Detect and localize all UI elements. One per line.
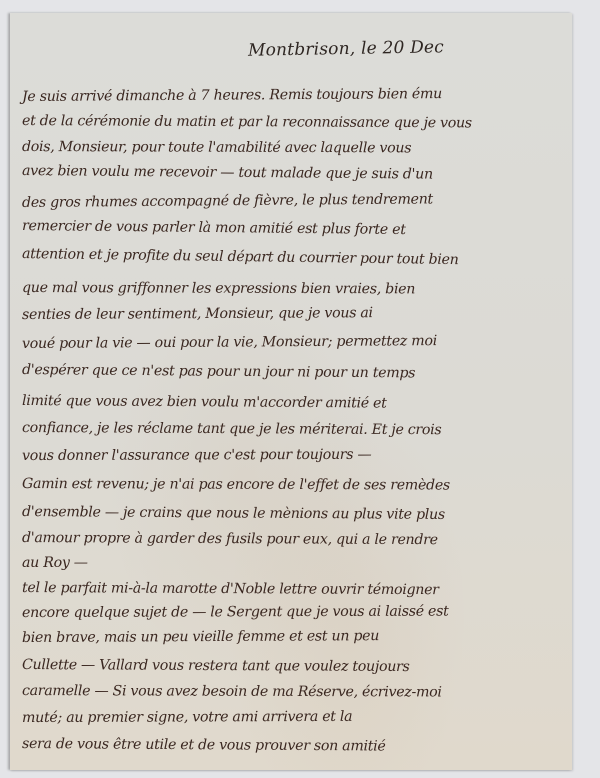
letter-line: caramelle — Si vous avez besoin de ma Ré… [22, 683, 562, 701]
letter-line: bien brave, mais un peu vieille femme et… [22, 627, 562, 646]
letter-line: Cullette — Vallard vous restera tant que… [22, 657, 562, 676]
dateline: Montbrison, le 20 Dec [248, 37, 444, 60]
letter-line: senties de leur sentiment, Monsieur, que… [22, 304, 562, 323]
letter-line: que mal vous griffonner les expressions … [22, 280, 562, 298]
letter-line: au Roy — [22, 555, 562, 571]
letter-line: Gamin est revenu; je n'ai pas encore de … [22, 476, 562, 494]
letter-line: encore quelque sujet de — le Sergent que… [22, 603, 562, 621]
letter-line: et de la cérémonie du matin et par la re… [22, 113, 562, 132]
letter-line: muté; au premier signe, votre ami arrive… [22, 708, 562, 726]
letter-line: vous donner l'assurance que c'est pour t… [22, 446, 562, 464]
letter-line: confiance, je les réclame tant que je le… [22, 420, 562, 439]
letter-line: dois, Monsieur, pour toute l'amabilité a… [22, 139, 562, 157]
letter-line: d'amour propre à garder des fusils pour … [22, 530, 562, 549]
letter-line: tel le parfait mi-à-la marotte d'Noble l… [22, 580, 562, 599]
